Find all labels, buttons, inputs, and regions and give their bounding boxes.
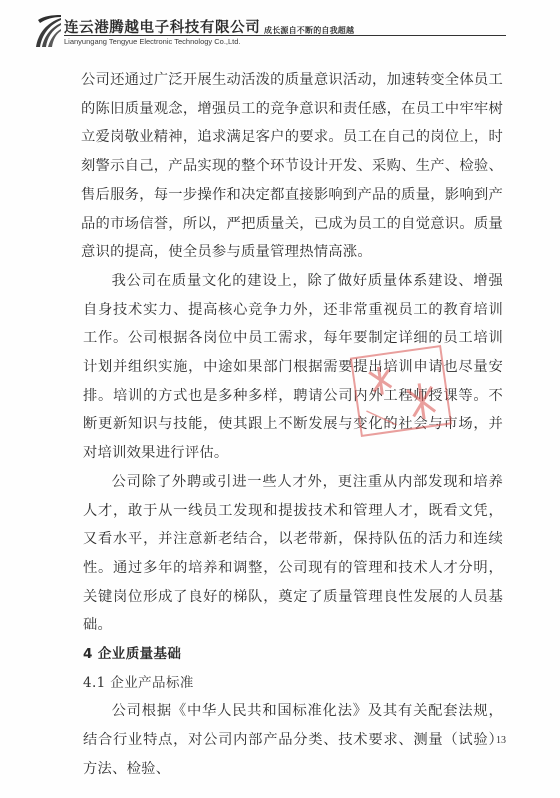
document-page: 连云港腾越电子科技有限公司 成长源自不断的自我超越 Lianyungang Te… — [0, 0, 560, 798]
page-number: 13 — [496, 735, 506, 746]
section-heading: 4 企业质量基础 — [83, 640, 503, 669]
company-slogan: 成长源自不断的自我超越 — [264, 25, 354, 36]
subsection-heading: 4.1 企业产品标准 — [83, 669, 503, 698]
letterhead: 连云港腾越电子科技有限公司 成长源自不断的自我超越 Lianyungang Te… — [34, 12, 474, 52]
paragraph-talent: 公司除了外聘或引进一些人才外，更注重从内部发现和培养人才，敢于从一线员工发现和提… — [83, 468, 503, 640]
paragraph-product-standards: 公司根据《中华人民共和国标准化法》及其有关配套法规，结合行业特点，对公司内部产品… — [83, 697, 503, 783]
company-name-cn: 连云港腾越电子科技有限公司 — [64, 16, 260, 37]
paragraph-training: 我公司在质量文化的建设上，除了做好质量体系建设、增强自身技术实力、提高核心竞争力… — [83, 267, 503, 468]
company-logo-icon — [34, 14, 62, 48]
document-body: 公司还通过广泛开展生动活泼的质量意识活动，加速转变全体员工的陈旧质量观念，增强员… — [83, 66, 503, 784]
paragraph-quality-awareness: 公司还通过广泛开展生动活泼的质量意识活动，加速转变全体员工的陈旧质量观念，增强员… — [81, 66, 503, 267]
company-name-en: Lianyungang Tengyue Electronic Technolog… — [64, 37, 241, 46]
